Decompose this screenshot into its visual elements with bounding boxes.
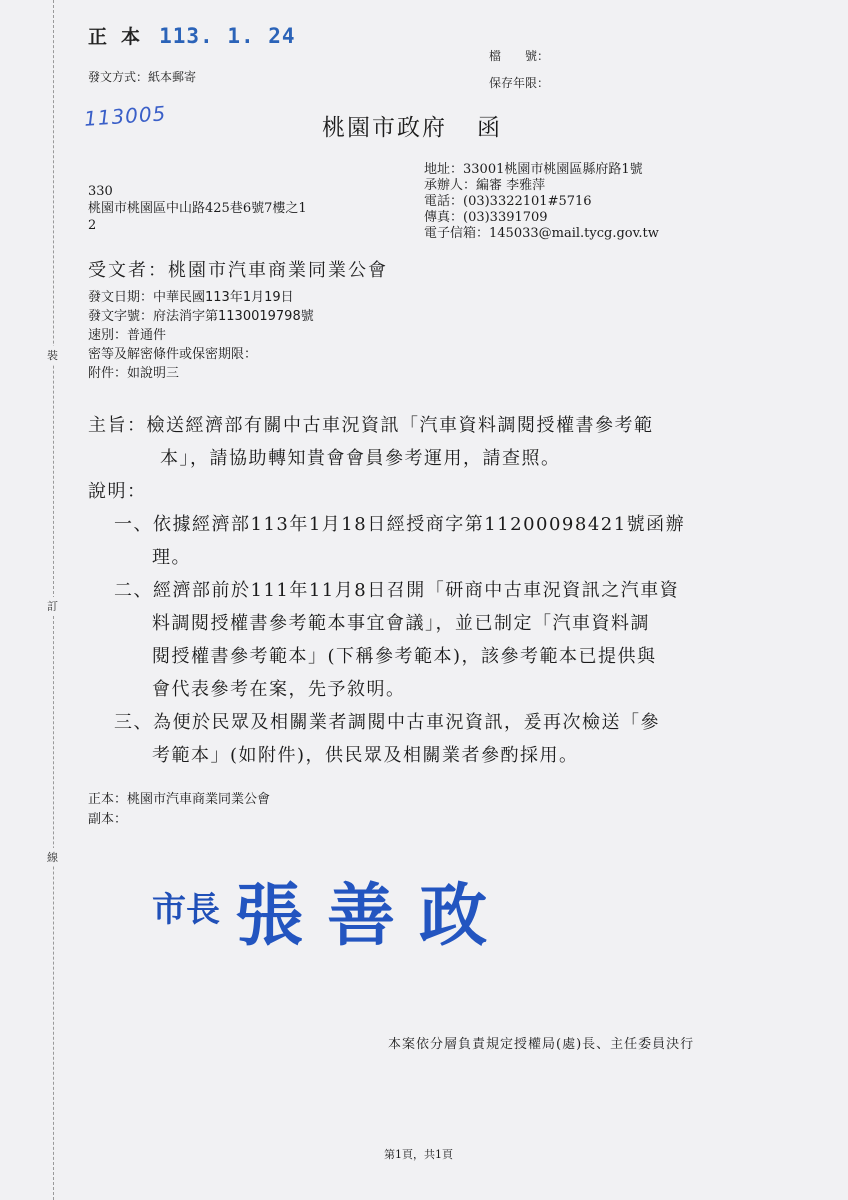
explanation-item-1: 一、依據經濟部113年1月18日經授商字第11200098421號函辦 理。 [114,508,685,574]
attachment: 附件：如說明三 [88,364,314,383]
fax: 傳真：(03)3391709 [424,210,659,226]
addressee-block: 330 桃園市桃園區中山路425巷6號7樓之1 2 [88,183,307,234]
speed-class: 速別：普通件 [88,326,314,345]
postcode: 330 [88,183,307,200]
subject: 主旨：檢送經濟部有關中古車況資訊「汽車資料調閱授權書參考範 本」，請協助轉知貴會… [88,409,654,508]
subject-line1: 檢送經濟部有關中古車況資訊「汽車資料調閱授權書參考範 [147,415,654,436]
sender-contact: 地址：33001桃園市桃園區縣府路1號 承辦人：編審 李雅萍 電話：(03)33… [424,162,659,242]
item-line: 考範本」(如附件)，供民眾及相關業者參酌採用。 [114,739,685,772]
item-line: 理。 [114,541,685,574]
item-number: 三、 [114,712,153,733]
explanation-item-2: 二、經濟部前於111年11月8日召開「研商中古車況資訊之汽車資 料調閱授權書參考… [114,574,685,706]
delegation-note: 本案依分層負責規定授權局(處)長、主任委員決行 [388,1033,694,1052]
stamp-date: 113. 1. 24 [159,24,295,48]
original-copy: 正本：桃園市汽車商業同業公會 [88,790,270,810]
send-method: 發文方式：紙本郵寄 [88,68,196,85]
explanation-item-3: 三、為便於民眾及相關業者調閱中古車況資訊，爰再次檢送「參 考範本」(如附件)，供… [114,706,685,772]
seal-title: 市長 [152,890,220,930]
retention-period: 保存年限： [489,74,549,91]
phone: 電話：(03)3322101#5716 [424,194,659,210]
seal-name: 張善政 [235,877,511,956]
security-class: 密等及解密條件或保密期限： [88,345,314,364]
issue-date: 發文日期：中華民國113年1月19日 [88,288,314,307]
addressee-address-line2: 2 [88,217,307,234]
item-number: 二、 [114,580,153,601]
item-number: 一、 [114,514,153,535]
mayor-seal: 市長 張善政 [152,862,511,959]
stamp-label: 正本 [88,26,154,48]
item-line: 閱授權書參考範本」(下稱參考範本)，該參考範本已提供與 [114,640,685,673]
org-name: 桃園市政府 [322,115,447,141]
reference-number: 發文字號：府法消字第1130019798號 [88,307,314,326]
binding-mark-top: 裝 [47,346,58,364]
binding-mark-middle: 訂 [47,597,58,615]
item-line: 經濟部前於111年11月8日召開「研商中古車況資訊之汽車資 [153,580,679,601]
page-indicator: 第1頁，共1頁 [384,1146,453,1162]
explanation-label: 說明： [88,475,654,508]
email: 電子信箱：145033@mail.tycg.gov.tw [424,226,659,242]
addressee-address-line1: 桃園市桃園區中山路425巷6號7樓之1 [88,200,307,217]
subject-line2: 本」，請協助轉知貴會會員參考運用，請查照。 [88,442,654,475]
recipient: 受文者：桃園市汽車商業同業公會 [88,256,388,282]
document-meta: 發文日期：中華民國113年1月19日 發文字號：府法消字第1130019798號… [88,288,314,383]
distribution: 正本：桃園市汽車商業同業公會 副本： [88,790,270,830]
subject-label: 主旨： [88,415,147,436]
document-title: 桃園市政府函 [322,109,502,142]
item-line: 會代表參考在案，先予敘明。 [114,673,685,706]
handwritten-number: 113005 [83,101,167,131]
binding-mark-bottom: 線 [47,848,58,866]
file-number: 檔 號： [489,47,549,64]
item-line: 料調閱授權書參考範本事宜會議」，並已制定「汽車資料調 [114,607,685,640]
item-line: 依據經濟部113年1月18日經授商字第11200098421號函辦 [153,514,685,535]
sender-address: 地址：33001桃園市桃園區縣府路1號 [424,162,659,178]
doc-type: 函 [477,115,502,141]
copy-stamp: 正本 113. 1. 24 [88,22,296,49]
duplicate-copy: 副本： [88,810,270,830]
explanation-list: 一、依據經濟部113年1月18日經授商字第11200098421號函辦 理。 二… [114,508,685,772]
item-line: 為便於民眾及相關業者調閱中古車況資訊，爰再次檢送「參 [153,712,660,733]
handler: 承辦人：編審 李雅萍 [424,178,659,194]
